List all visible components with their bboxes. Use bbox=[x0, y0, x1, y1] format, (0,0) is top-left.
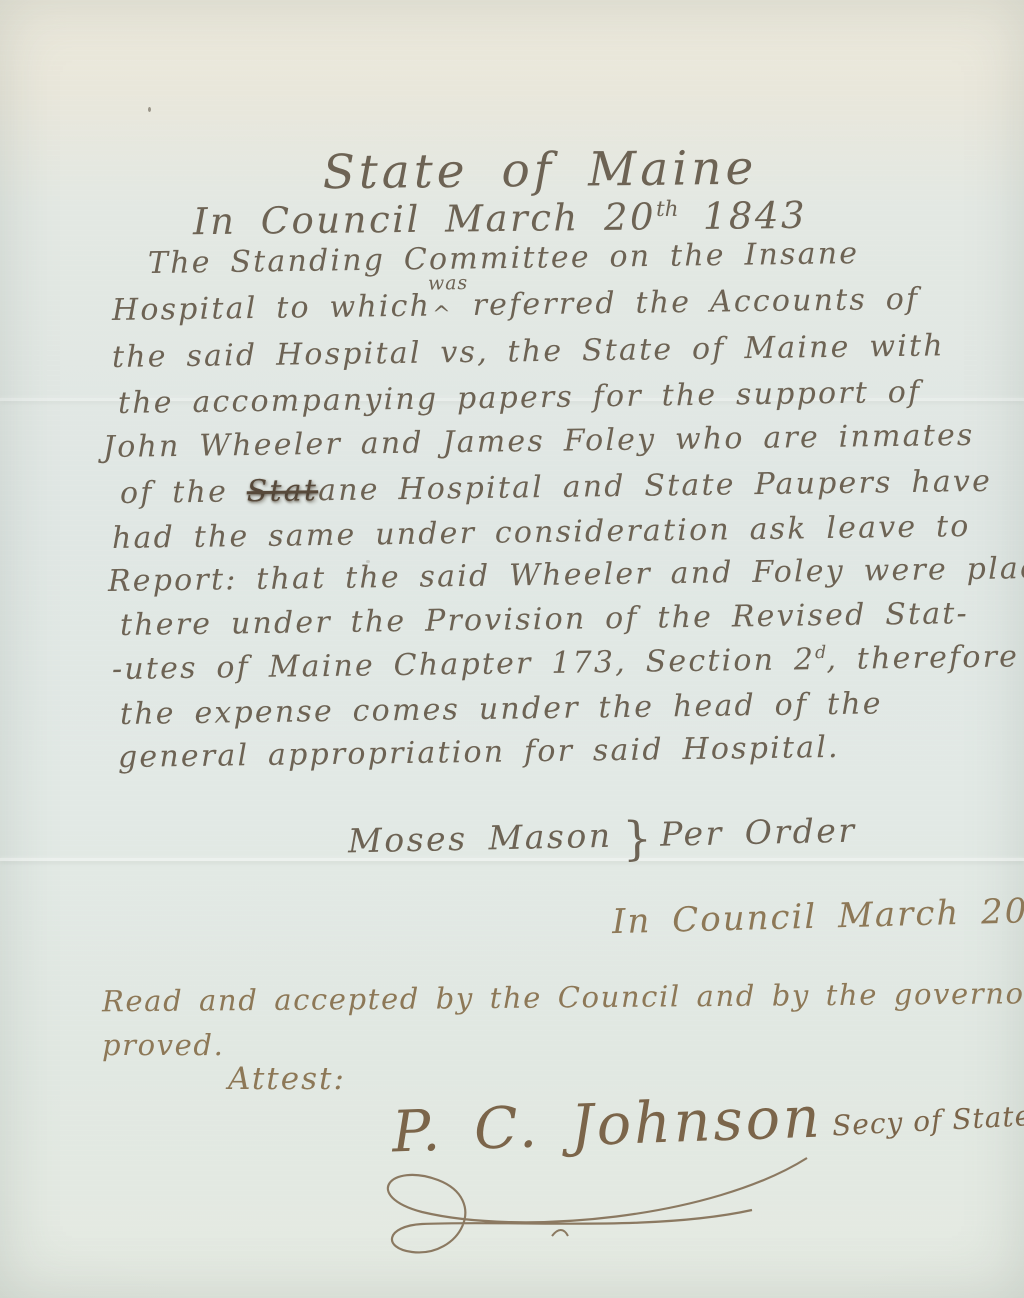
interlinear-insertion: was bbox=[428, 274, 469, 294]
line-text: ane Hospital and State Paupers have bbox=[318, 464, 992, 508]
body-line: The Standing Committee on the Insane bbox=[148, 238, 860, 279]
brace-mark: } bbox=[612, 811, 661, 866]
body-line: of the Statane Hospital and State Pauper… bbox=[120, 466, 992, 510]
body-line: John Wheeler and James Foley who are inm… bbox=[103, 420, 975, 464]
attest-label: Attest: bbox=[228, 1063, 346, 1096]
body-line: the expense comes under the head of the bbox=[120, 688, 883, 730]
committee-signer-name: Moses Mason bbox=[348, 816, 613, 861]
secretary-title: Secy of State. bbox=[831, 1101, 1024, 1141]
document-dateline: In Council March 20th 1843 bbox=[0, 195, 1012, 245]
body-line: the said Hospital vs, the State of Maine… bbox=[112, 330, 945, 373]
body-line: there under the Provision of the Revised… bbox=[120, 598, 969, 641]
signature-flourish bbox=[352, 1140, 832, 1270]
line-text: , therefore bbox=[826, 639, 1019, 677]
inserted-word: ^was bbox=[432, 290, 453, 326]
approval-line: proved. bbox=[102, 1030, 224, 1060]
line-text: Hospital to which bbox=[112, 289, 432, 328]
dateline-text: In Council March 20 bbox=[193, 195, 657, 243]
line-text: of the bbox=[120, 474, 247, 511]
ink-speck bbox=[148, 107, 151, 112]
line-text: -utes of Maine Chapter 173, Section 2 bbox=[112, 642, 816, 687]
line-text: referred the Accounts of bbox=[454, 282, 920, 323]
body-line: Report: that the said Wheeler and Foley … bbox=[108, 552, 1024, 597]
body-line: general appropriation for said Hospital. bbox=[118, 732, 840, 774]
caret-mark: ^ bbox=[432, 302, 453, 327]
body-line: Hospital to which^was referred the Accou… bbox=[112, 284, 920, 331]
body-line: the accompanying papers for the support … bbox=[118, 377, 922, 420]
struck-out-word: Stat bbox=[247, 473, 319, 509]
dateline-superscript: th bbox=[656, 197, 679, 222]
document-title: State of Maine bbox=[28, 141, 1024, 201]
council-dateline: In Council March 20. 1843 bbox=[612, 891, 1024, 941]
body-line: had the same under consideration ask lea… bbox=[112, 511, 971, 554]
per-order-label: Per Order bbox=[660, 811, 857, 854]
approval-line: Read and accepted by the Council and by … bbox=[102, 978, 1024, 1017]
section-superscript: d bbox=[815, 643, 826, 663]
body-line: -utes of Maine Chapter 173, Section 2d, … bbox=[112, 641, 1020, 685]
manuscript-page: State of Maine In Council March 20th 184… bbox=[0, 0, 1024, 1298]
dateline-year: 1843 bbox=[678, 194, 807, 238]
